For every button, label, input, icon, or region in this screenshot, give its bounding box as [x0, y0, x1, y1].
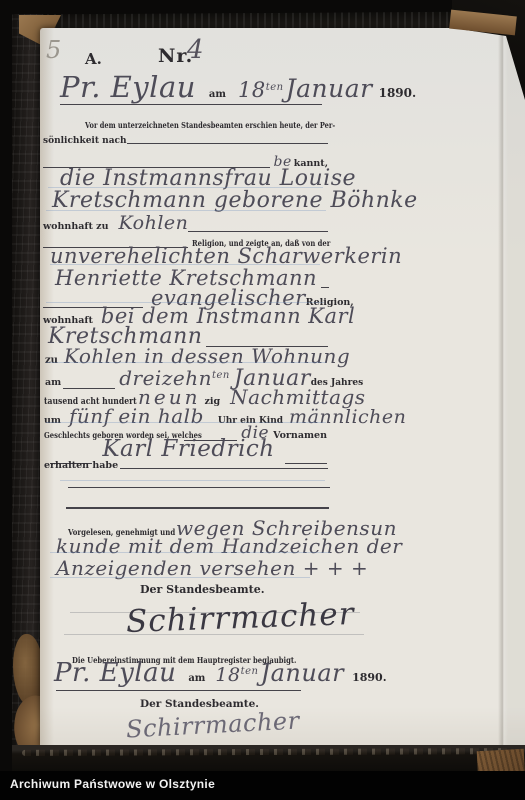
birth-place-line: zu Kohlen in dessen Wohnung [45, 344, 350, 368]
form-letter: A. [85, 50, 102, 68]
fill-line [127, 143, 328, 144]
archive-caption-bar: Archiwum Państwowe w Olsztynie [0, 771, 525, 800]
intro-line-1: Vor dem unterzeichneten Standesbeamten e… [85, 121, 335, 131]
birth-day-suffix: ten [212, 370, 230, 381]
scanned-register-photo: 5 A. Nr. 4 Pr. Eylau am 18 ten Januar 18… [0, 0, 525, 800]
closing-handwritten-2: kunde mit dem Handzeichen der [56, 534, 402, 558]
page-right-fold [504, 28, 525, 747]
registrar-title-1: Der Standesbeamte. [140, 583, 265, 596]
intro-line-2-text: sönlichkeit nach [43, 136, 127, 146]
am-label-3: am [188, 673, 205, 684]
page-block-edge [22, 748, 512, 756]
registration-year: 1890. [379, 86, 417, 100]
certification-place: Pr. Eylau [54, 658, 176, 688]
certification-year: 1890. [352, 671, 386, 684]
blank-fill-line [68, 487, 330, 488]
certification-month: Januar [260, 659, 344, 687]
birth-place: Kohlen in dessen Wohnung [64, 344, 350, 368]
blank-fill-line [66, 507, 329, 509]
certification-day-suffix: ten [241, 666, 259, 677]
registrar-signature-2: Schirrmacher [125, 706, 300, 743]
ruling-line [50, 264, 320, 265]
ruling-line [50, 577, 310, 578]
zu-label: zu [45, 355, 58, 366]
am-label: am [209, 89, 226, 100]
day-suffix: ten [266, 82, 284, 93]
certification-dateline: Pr. Eylau am 18 ten Januar 1890. [54, 658, 322, 688]
faint-line [64, 634, 364, 635]
registrar-title-2: Der Standesbeamte. [140, 698, 259, 710]
record-number-value: 4 [187, 35, 204, 65]
ruling-line [46, 302, 324, 303]
registration-day: 18 [238, 78, 266, 102]
ruling-line [46, 362, 326, 363]
ruling-line [46, 210, 326, 211]
child-name: Karl Friedrich [102, 436, 274, 462]
intro-line-2: sönlichkeit nach [43, 136, 328, 146]
fill-line [56, 690, 301, 691]
archive-label: Archiwum Państwowe w Olsztynie [10, 777, 215, 791]
registration-dateline: Pr. Eylau am 18 ten Januar 1890. [60, 70, 332, 104]
registration-month: Januar [286, 74, 373, 103]
register-page: 5 A. Nr. 4 Pr. Eylau am 18 ten Januar 18… [40, 28, 525, 747]
fill-line [60, 104, 322, 105]
registration-place: Pr. Eylau [60, 70, 196, 104]
erhalten-habe-line: erhalten habe [44, 460, 328, 471]
ruling-line [60, 480, 325, 481]
certification-day: 18 [215, 664, 240, 686]
ruling-line [48, 187, 323, 188]
ruling-line [50, 552, 330, 553]
erhalten-habe-label: erhalten habe [44, 460, 118, 471]
pencil-page-number: 5 [46, 36, 62, 64]
fill-line [120, 468, 328, 469]
ruling-line [46, 422, 326, 423]
